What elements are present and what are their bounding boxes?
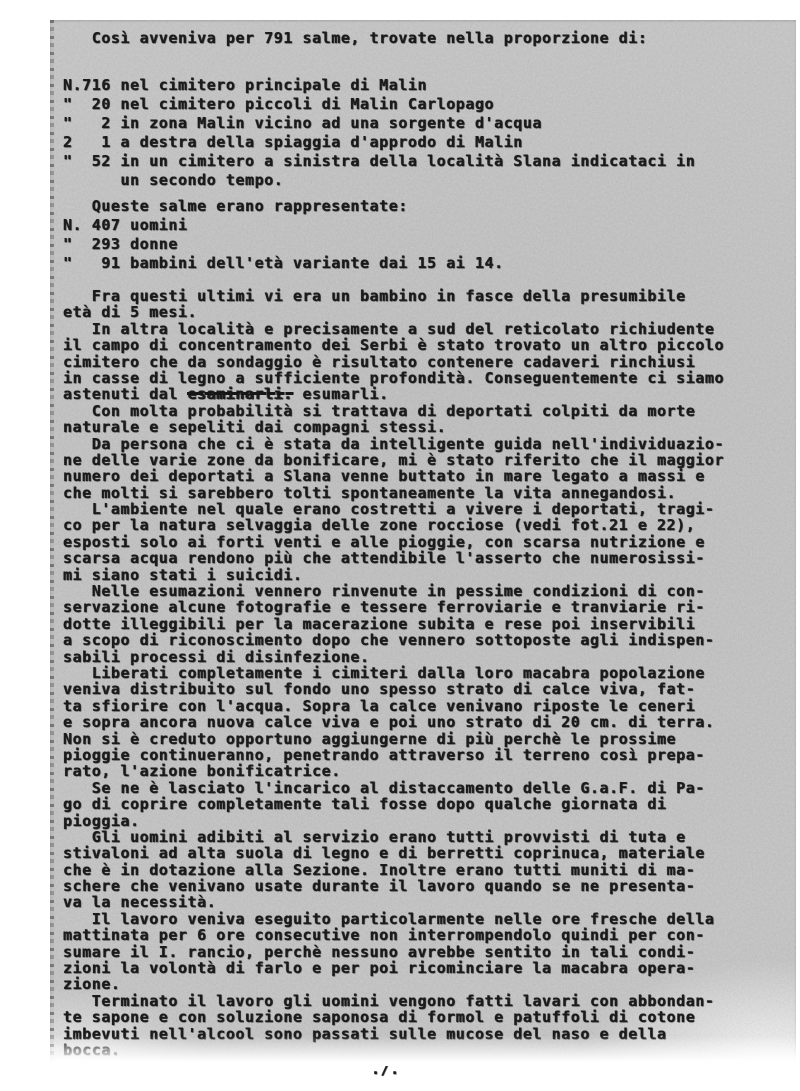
text-line: un secondo tempo. — [63, 171, 773, 190]
text-line: Fra questi ultimi vi era un bambino in f… — [63, 288, 773, 304]
text-line: astenuti dal esaminarli. esumarli. — [63, 386, 773, 402]
text-line: Terminato il lavoro gli uomini vengono f… — [63, 993, 773, 1009]
text-segment: astenuti dal — [63, 385, 188, 403]
text-line: L'ambiente nel quale erano costretti a v… — [63, 501, 773, 517]
text-line: servazione alcune fotografie e tessere f… — [63, 599, 773, 615]
continuation-mark: ./. — [63, 1061, 773, 1078]
text-line: Liberati completamente i cimiteri dalla … — [63, 665, 773, 681]
text-line: Da persona che ci è stata da intelligent… — [63, 436, 773, 452]
text-line: numero dei deportati a Slana venne butta… — [63, 468, 773, 484]
text-line: che è in dotazione alla Sezione. Inoltre… — [63, 862, 773, 878]
text-line: pioggia. — [63, 813, 773, 829]
text-line: stivaloni ad alta suola di legno e di be… — [63, 845, 773, 861]
text-line: scarsa acqua rendono più che attendibile… — [63, 550, 773, 566]
text-line: dotte illeggibili per la macerazione sub… — [63, 616, 773, 632]
text-line: " 91 bambini dell'età variante dai 15 ai… — [63, 254, 773, 273]
text-line: co per la natura selvaggia delle zone ro… — [63, 517, 773, 533]
text-line: a scopo di riconoscimento dopo che venne… — [63, 632, 773, 648]
text-line: età di 5 mesi. — [63, 304, 773, 320]
text-line: schere che venivano usate durante il lav… — [63, 878, 773, 894]
text-line: ta sfiorire con l'acqua. Sopra la calce … — [63, 698, 773, 714]
typewritten-text: Così avveniva per 791 salme, trovate nel… — [63, 30, 773, 1078]
text-line: veniva distribuito sul fondo uno spesso … — [63, 681, 773, 697]
text-line: rato, l'azione bonificatrice. — [63, 763, 773, 779]
text-line: mi siano stati i suicidi. — [63, 567, 773, 583]
text-line: il campo di concentramento dei Serbi è s… — [63, 337, 773, 353]
text-line: N. 407 uomini — [63, 216, 773, 235]
intro-line: Così avveniva per 791 salme, trovate nel… — [63, 30, 773, 47]
text-line: imbevuti nell'alcool sono passati sulle … — [63, 1026, 773, 1042]
text-line: mattinata per 6 ore consecutive non inte… — [63, 927, 773, 943]
text-line: e sopra ancora nuova calce viva e poi un… — [63, 714, 773, 730]
text-line: bocca. — [63, 1042, 773, 1058]
text-line: cimitero che da sondaggio è risultato co… — [63, 354, 773, 370]
intro-section: Così avveniva per 791 salme, trovate nel… — [63, 30, 773, 47]
text-line: Il lavoro veniva eseguito particolarment… — [63, 911, 773, 927]
text-line: " 2 in zona Malin vicino ad una sorgente… — [63, 114, 773, 133]
text-line: Queste salme erano rappresentate: — [63, 197, 773, 216]
text-line: Se ne è lasciato l'incarico al distaccam… — [63, 780, 773, 796]
text-line: sumare il I. rancio, perchè nessuno avre… — [63, 944, 773, 960]
text-line: pioggie continueranno, penetrando attrav… — [63, 747, 773, 763]
text-line: Nelle esumazioni vennero rinvenute in pe… — [63, 583, 773, 599]
text-line: esposti solo ai forti venti e alle piogg… — [63, 534, 773, 550]
text-line: 2 1 a destra della spiaggia d'approdo di… — [63, 133, 773, 152]
text-line: naturale e sepeliti dai compagni stessi. — [63, 419, 773, 435]
text-line: che molti si sarebbero tolti spontaneame… — [63, 485, 773, 501]
report-body: Fra questi ultimi vi era un bambino in f… — [63, 288, 773, 1058]
text-line: va la necessità. — [63, 894, 773, 910]
text-line: ne delle varie zone da bonificare, mi è … — [63, 452, 773, 468]
text-line: " 52 in un cimitero a sinistra della loc… — [63, 152, 773, 171]
text-segment: esumarli. — [293, 385, 389, 403]
text-line: te sapone e con soluzione saponosa di fo… — [63, 1009, 773, 1025]
text-line: " 20 nel cimitero piccoli di Malin Carlo… — [63, 95, 773, 114]
text-line: zione. — [63, 976, 773, 992]
text-line: sabili processi di disinfezione. — [63, 649, 773, 665]
text-line: in casse di legno a sufficiente profondi… — [63, 370, 773, 386]
burial-distribution-list: N.716 nel cimitero principale di Malin" … — [63, 76, 773, 190]
text-line: N.716 nel cimitero principale di Malin — [63, 76, 773, 95]
text-line: zioni la volontà di farlo e per poi rico… — [63, 960, 773, 976]
text-line: Con molta probabilità si trattava di dep… — [63, 403, 773, 419]
struck-out-word: esaminarli. — [188, 385, 293, 403]
text-line: Non si è creduto opportuno aggiungerne d… — [63, 731, 773, 747]
text-line: Gli uomini adibiti al servizio erano tut… — [63, 829, 773, 845]
text-line: go di coprire completamente tali fosse d… — [63, 796, 773, 812]
text-line: " 293 donne — [63, 235, 773, 254]
text-line: In altra località e precisamente a sud d… — [63, 321, 773, 337]
victim-count-list: Queste salme erano rappresentate:N. 407 … — [63, 197, 773, 273]
scan-paper: Così avveniva per 791 salme, trovate nel… — [50, 20, 796, 1064]
scanned-document-page: Così avveniva per 791 salme, trovate nel… — [0, 0, 800, 1091]
